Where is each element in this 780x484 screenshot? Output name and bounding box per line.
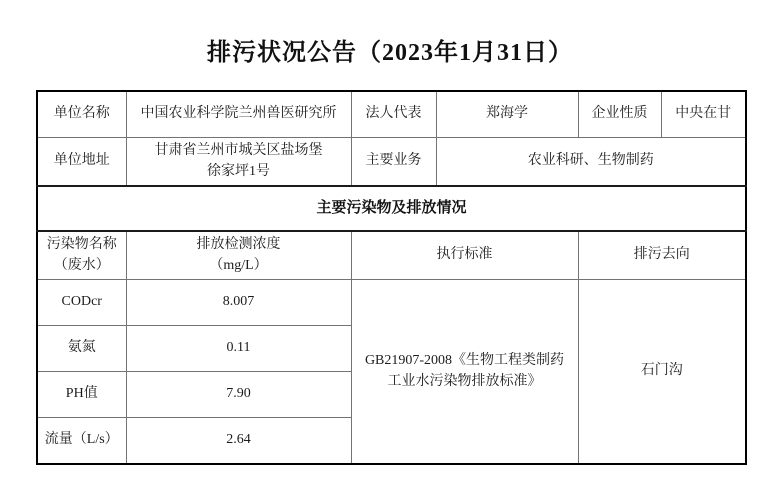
unit-name-value-cell: 中国农业科学院兰州兽医研究所 — [126, 91, 351, 138]
section-header-row: 主要污染物及排放情况 — [37, 186, 746, 231]
pollutant-value-cell: 0.11 — [126, 326, 351, 372]
destination-header-cell: 排污去向 — [578, 231, 746, 280]
enterprise-type-value-cell: 中央在甘 — [661, 91, 746, 138]
pollutant-value-cell: 2.64 — [126, 418, 351, 465]
pollutant-name-cell: 氨氮 — [37, 326, 126, 372]
legal-rep-label-cell: 法人代表 — [351, 91, 436, 138]
section-header-cell: 主要污染物及排放情况 — [37, 186, 746, 231]
pollutant-name-cell: PH值 — [37, 372, 126, 418]
pollutant-value-cell: 8.007 — [126, 280, 351, 326]
pollution-announcement-table: 单位名称 中国农业科学院兰州兽医研究所 法人代表 郑海学 企业性质 中央在甘 单… — [36, 90, 747, 465]
unit-info-row-2: 单位地址 甘肃省兰州市城关区盐场堡 徐家坪1号 主要业务 农业科研、生物制药 — [37, 138, 746, 187]
standard-value-cell: GB21907-2008《生物工程类制药 工业水污染物排放标准》 — [351, 280, 578, 465]
pollutant-row-codcr: CODcr 8.007 GB21907-2008《生物工程类制药 工业水污染物排… — [37, 280, 746, 326]
pollutant-value-cell: 7.90 — [126, 372, 351, 418]
standard-header-cell: 执行标准 — [351, 231, 578, 280]
pollutant-name-cell: 流量（L/s） — [37, 418, 126, 465]
unit-name-label-cell: 单位名称 — [37, 91, 126, 138]
main-business-label-cell: 主要业务 — [351, 138, 436, 187]
page-title: 排污状况公告（2023年1月31日） — [0, 38, 780, 68]
pollutant-header-row: 污染物名称 （废水） 排放检测浓度 （mg/L） 执行标准 排污去向 — [37, 231, 746, 280]
pollutant-name-cell: CODcr — [37, 280, 126, 326]
unit-address-value-cell: 甘肃省兰州市城关区盐场堡 徐家坪1号 — [126, 138, 351, 187]
legal-rep-value-cell: 郑海学 — [436, 91, 578, 138]
pollutant-name-header-cell: 污染物名称 （废水） — [37, 231, 126, 280]
concentration-header-cell: 排放检测浓度 （mg/L） — [126, 231, 351, 280]
enterprise-type-label-cell: 企业性质 — [578, 91, 661, 138]
unit-info-row-1: 单位名称 中国农业科学院兰州兽医研究所 法人代表 郑海学 企业性质 中央在甘 — [37, 91, 746, 138]
main-business-value-cell: 农业科研、生物制药 — [436, 138, 746, 187]
announcement-page: 排污状况公告（2023年1月31日） 单位名称 中国农业科学院兰州兽医研究所 法… — [0, 0, 780, 484]
unit-address-label-cell: 单位地址 — [37, 138, 126, 187]
destination-value-cell: 石门沟 — [578, 280, 746, 465]
